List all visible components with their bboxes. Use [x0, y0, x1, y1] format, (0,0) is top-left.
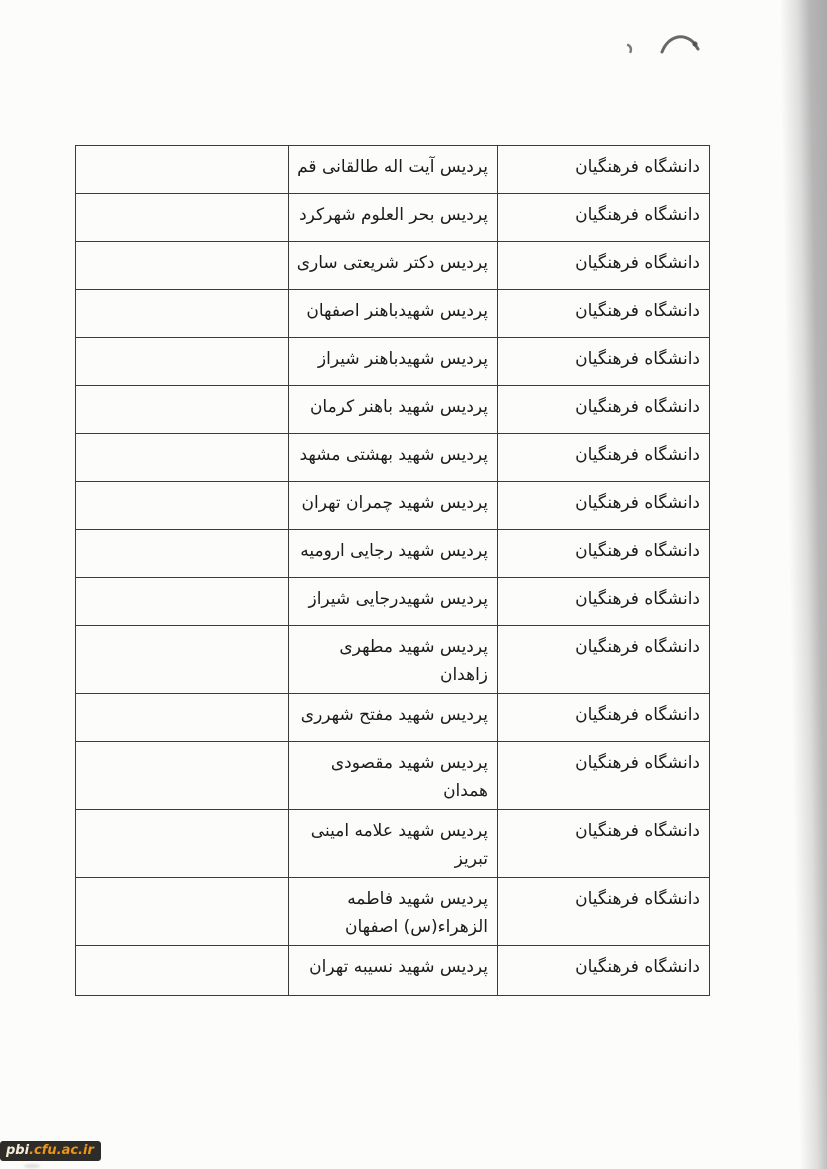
note-cell: [76, 482, 289, 530]
table-row: دانشگاه فرهنگیان پردیس آیت اله طالقانی ق…: [76, 146, 710, 194]
note-cell: [76, 626, 289, 694]
campus-cell: پردیس شهید رجایی ارومیه: [289, 530, 498, 578]
scanned-page: دانشگاه فرهنگیان پردیس آیت اله طالقانی ق…: [0, 0, 827, 1169]
table-row: دانشگاه فرهنگیان پردیس شهید باهنر کرمان: [76, 386, 710, 434]
university-cell: دانشگاه فرهنگیان: [498, 434, 710, 482]
campus-cell: پردیس دکتر شریعتی ساری: [289, 242, 498, 290]
university-cell: دانشگاه فرهنگیان: [498, 338, 710, 386]
table-row: دانشگاه فرهنگیان پردیس شهید علامه امینی …: [76, 810, 710, 878]
scan-smudge: [24, 1164, 40, 1168]
university-cell: دانشگاه فرهنگیان: [498, 146, 710, 194]
university-cell: دانشگاه فرهنگیان: [498, 194, 710, 242]
campus-cell: پردیس شهید مطهری زاهدان: [289, 626, 498, 694]
note-cell: [76, 742, 289, 810]
note-cell: [76, 878, 289, 946]
campus-cell: پردیس شهید فاطمه الزهراء(س) اصفهان: [289, 878, 498, 946]
campus-cell: پردیس شهید نسیبه تهران: [289, 946, 498, 996]
table-row: دانشگاه فرهنگیان پردیس شهیدباهنر شیراز: [76, 338, 710, 386]
campus-cell: پردیس شهید علامه امینی تبریز: [289, 810, 498, 878]
table-row: دانشگاه فرهنگیان پردیس شهید مفتح شهرری: [76, 694, 710, 742]
table-row: دانشگاه فرهنگیان پردیس شهید نسیبه تهران: [76, 946, 710, 996]
university-cell: دانشگاه فرهنگیان: [498, 578, 710, 626]
table-row: دانشگاه فرهنگیان پردیس شهیدرجایی شیراز: [76, 578, 710, 626]
campus-cell: پردیس شهید باهنر کرمان: [289, 386, 498, 434]
note-cell: [76, 578, 289, 626]
campus-cell: پردیس بحر العلوم شهرکرد: [289, 194, 498, 242]
table-row: دانشگاه فرهنگیان پردیس شهیدباهنر اصفهان: [76, 290, 710, 338]
note-cell: [76, 290, 289, 338]
note-cell: [76, 530, 289, 578]
table-row: دانشگاه فرهنگیان پردیس شهید مطهری زاهدان: [76, 626, 710, 694]
watermark-site-suffix: .cfu.ac.ir: [29, 1143, 94, 1158]
table-row: دانشگاه فرهنگیان پردیس شهید رجایی ارومیه: [76, 530, 710, 578]
note-cell: [76, 338, 289, 386]
university-cell: دانشگاه فرهنگیان: [498, 530, 710, 578]
watermark-site-prefix: pbi: [6, 1143, 29, 1158]
university-cell: دانشگاه فرهنگیان: [498, 878, 710, 946]
campus-cell: پردیس شهیدباهنر اصفهان: [289, 290, 498, 338]
table-row: دانشگاه فرهنگیان پردیس شهید بهشتی مشهد: [76, 434, 710, 482]
note-cell: [76, 810, 289, 878]
university-cell: دانشگاه فرهنگیان: [498, 946, 710, 996]
university-cell: دانشگاه فرهنگیان: [498, 482, 710, 530]
note-cell: [76, 946, 289, 996]
university-cell: دانشگاه فرهنگیان: [498, 386, 710, 434]
table-row: دانشگاه فرهنگیان پردیس شهید فاطمه الزهرا…: [76, 878, 710, 946]
university-cell: دانشگاه فرهنگیان: [498, 626, 710, 694]
note-cell: [76, 146, 289, 194]
table-row: دانشگاه فرهنگیان پردیس دکتر شریعتی ساری: [76, 242, 710, 290]
university-cell: دانشگاه فرهنگیان: [498, 694, 710, 742]
table-row: دانشگاه فرهنگیان پردیس بحر العلوم شهرکرد: [76, 194, 710, 242]
note-cell: [76, 194, 289, 242]
campus-cell: پردیس شهید مفتح شهرری: [289, 694, 498, 742]
note-cell: [76, 386, 289, 434]
campus-cell: پردیس آیت اله طالقانی قم: [289, 146, 498, 194]
university-cell: دانشگاه فرهنگیان: [498, 810, 710, 878]
university-cell: دانشگاه فرهنگیان: [498, 290, 710, 338]
note-cell: [76, 694, 289, 742]
table-row: دانشگاه فرهنگیان پردیس شهید چمران تهران: [76, 482, 710, 530]
campus-cell: پردیس شهید بهشتی مشهد: [289, 434, 498, 482]
watermark-badge: pbi.cfu.ac.ir: [0, 1141, 101, 1161]
campus-cell: پردیس شهیدباهنر شیراز: [289, 338, 498, 386]
campus-cell: پردیس شهیدرجایی شیراز: [289, 578, 498, 626]
note-cell: [76, 242, 289, 290]
university-campus-table: دانشگاه فرهنگیان پردیس آیت اله طالقانی ق…: [75, 145, 710, 996]
scan-edge-shadow: [781, 0, 827, 1169]
university-cell: دانشگاه فرهنگیان: [498, 742, 710, 810]
table-row: دانشگاه فرهنگیان پردیس شهید مقصودی همدان: [76, 742, 710, 810]
campus-cell: پردیس شهید چمران تهران: [289, 482, 498, 530]
university-cell: دانشگاه فرهنگیان: [498, 242, 710, 290]
campus-cell: پردیس شهید مقصودی همدان: [289, 742, 498, 810]
note-cell: [76, 434, 289, 482]
handwritten-pen-marks: [612, 26, 712, 76]
